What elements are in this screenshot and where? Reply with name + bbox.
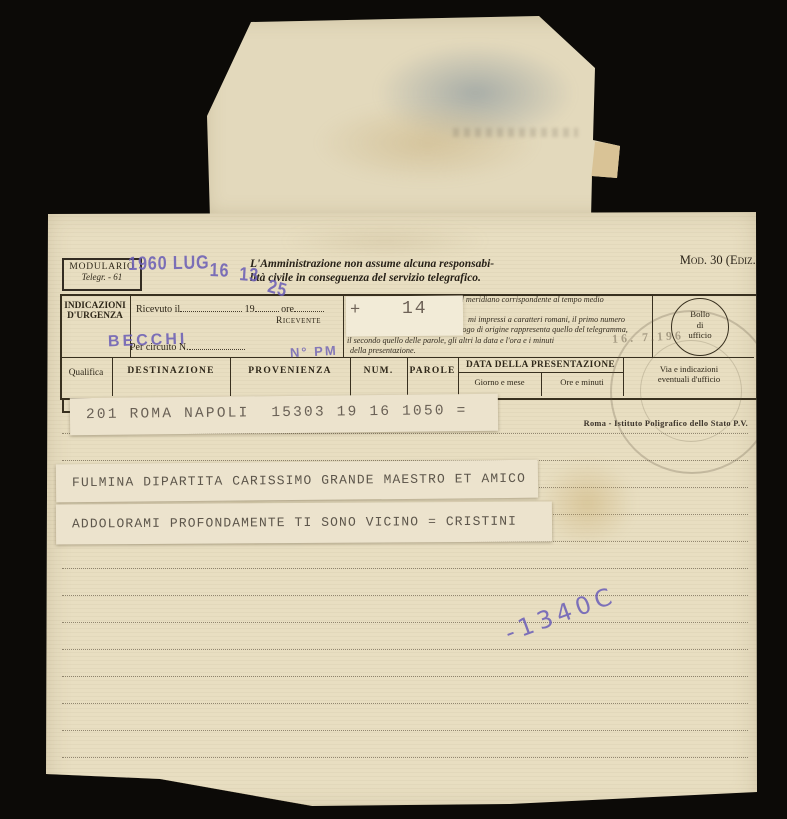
paper-stain (315, 102, 540, 184)
fine-print-line: mi impressi a caratteri romani, il primo… (468, 315, 625, 324)
column-destinazione: DESTINAZIONE (112, 366, 230, 376)
dotted-leader (189, 340, 245, 350)
number-pm-stamp: N° PM (290, 343, 338, 360)
envelope-flap (203, 16, 627, 218)
message-strip-1: FULMINA DIPARTITA CARISSIMO GRANDE MAEST… (56, 460, 538, 503)
table-divider (350, 357, 351, 396)
word-count-annotation: 14 (402, 299, 428, 319)
ruled-line (62, 730, 748, 731)
ruled-line (62, 595, 748, 596)
dotted-leader (255, 302, 279, 312)
fine-print-line: ano sul meridiano corrispondente al temp… (440, 295, 604, 304)
scanned-telegram-page: { "header": { "modulario": "MODULARIO", … (0, 0, 787, 819)
paper-fold (46, 774, 312, 806)
plus-annotation: + (350, 301, 360, 320)
table-divider (112, 357, 113, 396)
office-name-stamp: BECCHI (108, 331, 188, 352)
paper-stain (280, 224, 490, 258)
ruled-line (62, 757, 748, 758)
ruled-line (62, 568, 748, 569)
form-model-label: Mod. 30 (Ediz. 1960) (584, 253, 787, 268)
fold-crease (160, 779, 312, 807)
telegram-sheet: MODULARIO Telegr. - 61 L'Amministrazione… (44, 208, 760, 812)
dotted-leader (180, 302, 242, 312)
ruled-line (62, 703, 748, 704)
handwritten-number: -1340C (501, 581, 620, 647)
table-divider (343, 294, 344, 357)
ruled-line (62, 622, 748, 623)
date-stamp-part3: 13 (239, 264, 260, 288)
dotted-leader (294, 302, 324, 312)
disclaimer-text: L'Amministrazione non assume alcuna resp… (250, 258, 572, 285)
column-giorno-mese: Giorno e mese (458, 377, 541, 387)
fine-print-line: della presentazione. (350, 346, 416, 355)
urgency-indication-label: INDICAZIONI D'URGENZA (60, 301, 130, 321)
column-data-presentazione: DATA DELLA PRESENTAZIONE (458, 360, 623, 370)
paper-stain (540, 458, 635, 548)
message-strip-2: ADDOLORAMI PROFONDAMENTE TI SONO VICINO … (56, 501, 552, 544)
fine-print-line: luogo di origine rappresenta quello del … (456, 325, 628, 334)
received-on-line: Ricevuto il 19 ore (136, 302, 324, 315)
table-divider (407, 357, 408, 396)
table-divider (230, 357, 231, 396)
column-qualifica: Qualifica (60, 368, 112, 378)
ruled-line (62, 676, 748, 677)
fine-print-line: il secondo quello delle parole, gli altr… (347, 336, 554, 345)
column-parole: PAROLE (407, 366, 458, 376)
column-provenienza: PROVENIENZA (230, 366, 350, 376)
receiver-label: Ricevente (276, 316, 321, 326)
routing-strip: 201 ROMA NAPOLI 15303 19 16 1050 = (70, 394, 498, 435)
date-stamp-part1: 1960 LUG (128, 252, 210, 276)
date-stamp-part2: 16 (209, 260, 229, 283)
bleed-through-text (453, 128, 578, 137)
ruled-line (62, 649, 748, 650)
torn-paper-tab (591, 142, 622, 182)
fold-crease (159, 779, 196, 807)
column-num: NUM. (350, 366, 407, 376)
